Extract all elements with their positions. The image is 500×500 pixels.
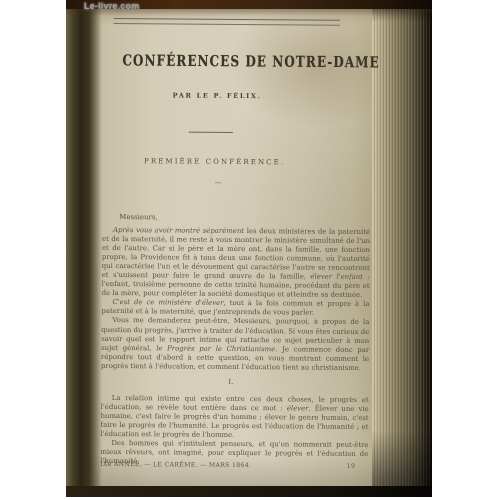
dash-separator: — <box>100 178 336 188</box>
printed-page-content: CONFÉRENCES DE NOTRE-DAME PAR LE P. FÉLI… <box>0 0 500 500</box>
footer-edition-line: IXe ANNÉE. — LE CARÊME. — MARS 1864. <box>100 461 251 469</box>
footer: IXe ANNÉE. — LE CARÊME. — MARS 1864. 19 <box>100 461 368 470</box>
author-byline: PAR LE P. FÉLIX. <box>101 91 333 101</box>
paragraph: Après vous avoir montré séparément les d… <box>102 226 371 300</box>
paragraph-italic-segment: Après vous avoir montré séparément <box>113 226 244 235</box>
paragraph-italic-segment: élever <box>287 404 309 412</box>
paragraph: Vous me demanderez peut-être, Messieurs,… <box>101 316 369 372</box>
page-number: 19 <box>347 463 356 470</box>
watermark-lelivre: Le-livre.com <box>84 1 139 11</box>
paragraph: La relation intime qui existe entre ces … <box>100 394 368 441</box>
paragraph-italic-segment: le Progrès par le Christianisme <box>156 344 275 353</box>
body-text-lower: La relation intime qui existe entre ces … <box>100 394 369 468</box>
page-title: CONFÉRENCES DE NOTRE-DAME <box>101 50 375 71</box>
paragraph-italic-segment: élever l'enfant <box>310 273 363 281</box>
page-title-text: CONFÉRENCES DE NOTRE-DAME <box>122 52 380 71</box>
salutation: Messieurs, <box>119 213 158 221</box>
body-text-upper: Après vous avoir montré séparément les d… <box>101 226 370 373</box>
paragraph-italic-segment: C'est de ce ministère d'élever <box>112 298 223 307</box>
header-double-rule <box>114 18 340 26</box>
section-number: I. <box>99 377 363 387</box>
ornament-rule <box>189 132 233 133</box>
scanned-book-page: CONFÉRENCES DE NOTRE-DAME PAR LE P. FÉLI… <box>0 0 500 500</box>
conference-heading: PREMIÈRE CONFÉRENCE. <box>101 157 329 167</box>
